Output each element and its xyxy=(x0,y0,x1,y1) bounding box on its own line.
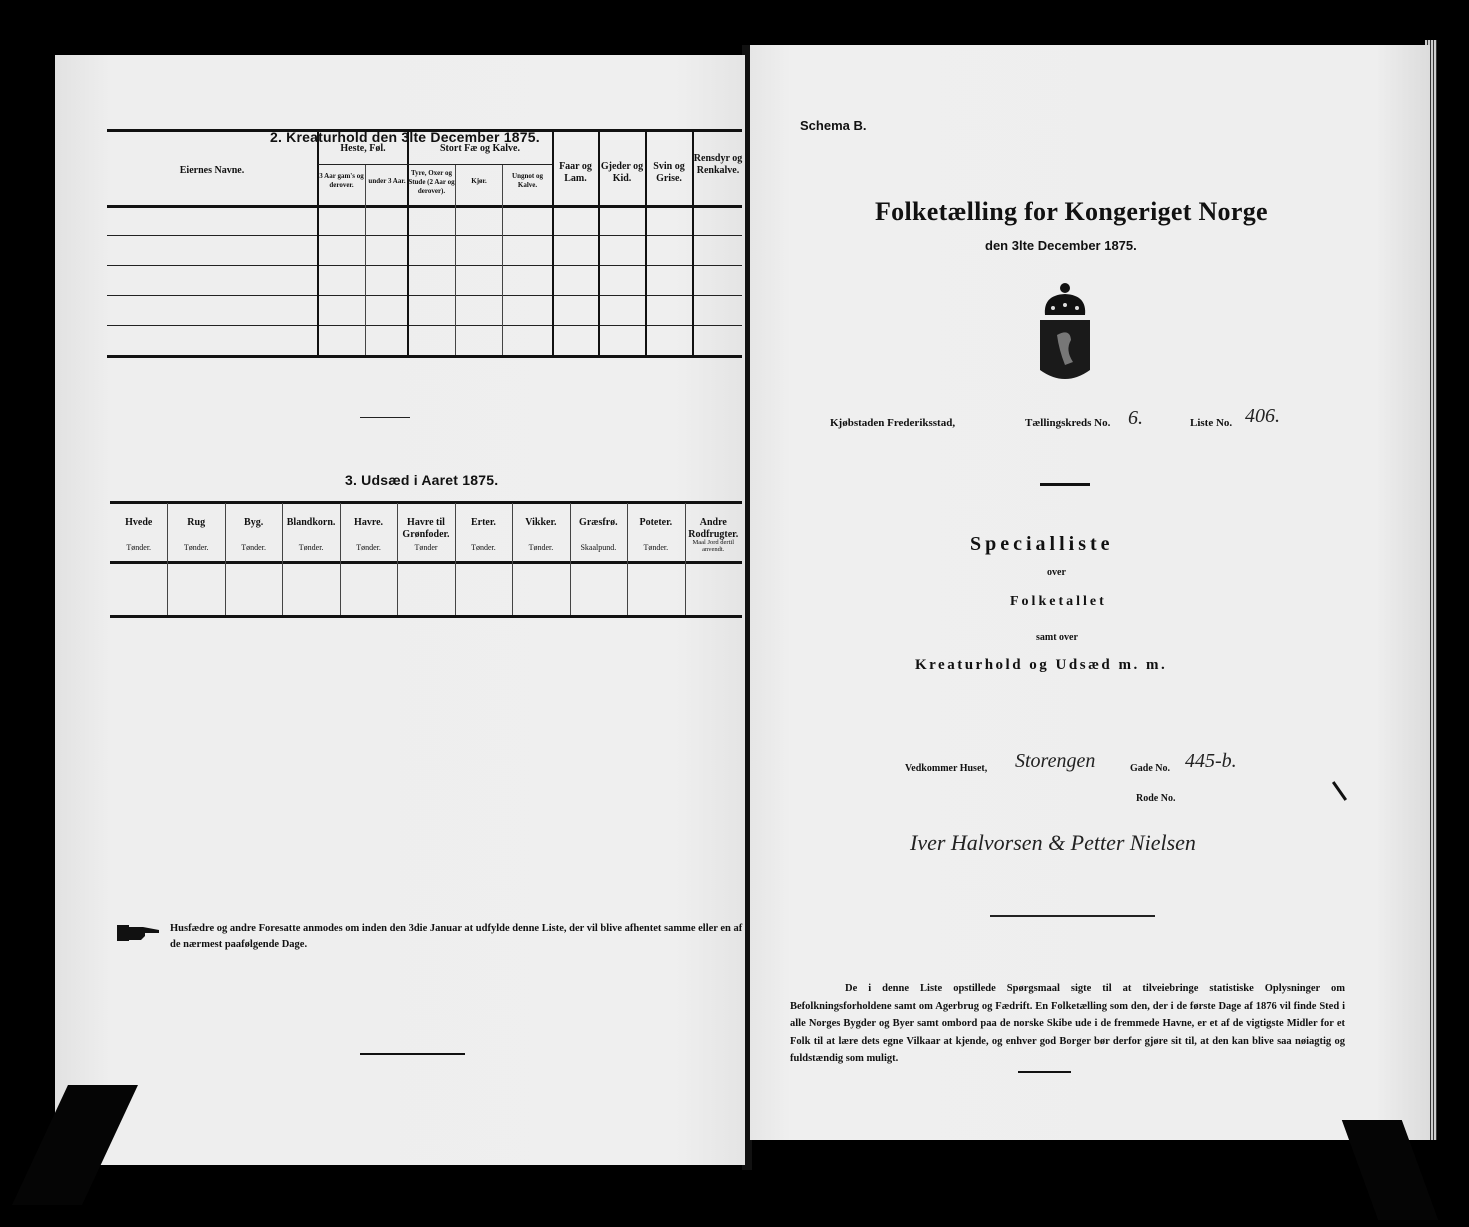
header-rensdyr: Rensdyr og Renkalve. xyxy=(693,153,743,177)
subheader: Ungnot og Kalve. xyxy=(503,172,552,190)
udsaed-unit: Maal Jord dertil anvendt. xyxy=(685,539,742,553)
document-title: Folketælling for Kongeriget Norge xyxy=(875,197,1268,227)
udsaed-header: Rug xyxy=(167,517,224,529)
divider xyxy=(1018,1071,1071,1073)
table-rule xyxy=(110,501,742,504)
document-date: den 3lte December 1875. xyxy=(985,238,1137,253)
table-rule xyxy=(110,615,742,618)
udsaed-header: Blandkorn. xyxy=(282,517,339,529)
town-label: Kjøbstaden Frederiksstad, xyxy=(830,417,955,429)
subheader: 3 Aar gam's og derover. xyxy=(318,172,365,190)
udsaed-header: Havre til Grønfoder. xyxy=(397,517,454,541)
col-divider xyxy=(365,165,366,355)
udsaed-header: Vikker. xyxy=(512,517,569,529)
pointing-hand-icon xyxy=(115,921,163,945)
header-faar: Faar og Lam. xyxy=(553,161,598,185)
divider xyxy=(1040,483,1090,486)
subheader: Tyre, Oxer og Stude (2 Aar og derover). xyxy=(408,169,455,196)
col-divider xyxy=(502,165,503,355)
subheader: under 3 Aar. xyxy=(366,177,408,186)
house-number: 445-b. xyxy=(1185,750,1237,773)
right-page: Schema B. Folketælling for Kongeriget No… xyxy=(750,45,1430,1140)
section3-title: 3. Udsæd i Aaret 1875. xyxy=(345,472,498,488)
owner-names: Iver Halvorsen & Petter Nielsen xyxy=(910,830,1196,856)
udsaed-unit: Tønder. xyxy=(512,543,569,552)
header-gjeder: Gjeder og Kid. xyxy=(599,161,645,185)
udsaed-unit: Tønder. xyxy=(282,543,339,552)
subheader: Kjør. xyxy=(456,177,502,186)
col-divider xyxy=(455,165,456,355)
left-page: 2. Kreaturhold den 3lte December 1875. E… xyxy=(55,55,745,1165)
stroke-mark xyxy=(1332,781,1347,801)
udsaed-header: Poteter. xyxy=(627,517,684,529)
udsaed-unit: Tønder. xyxy=(225,543,282,552)
udsaed-header: Hvede xyxy=(110,517,167,529)
coat-of-arms-icon xyxy=(1035,280,1095,385)
udsaed-header: Havre. xyxy=(340,517,397,529)
samt-over-text: samt over xyxy=(1036,632,1078,643)
kreaturhold-heading: Kreaturhold og Udsæd m. m. xyxy=(915,657,1167,674)
schema-label: Schema B. xyxy=(800,118,866,133)
list-value: 406. xyxy=(1245,405,1280,428)
folketallet-heading: Folketallet xyxy=(1010,594,1107,610)
header-stort-fae: Stort Fæ og Kalve. xyxy=(408,143,552,155)
udsaed-unit: Tønder. xyxy=(455,543,512,552)
list-label: Liste No. xyxy=(1190,417,1232,429)
over-text: over xyxy=(1047,567,1066,578)
udsaed-header: Byg. xyxy=(225,517,282,529)
divider xyxy=(360,417,410,418)
district-value: 6. xyxy=(1128,407,1143,430)
rode-label: Rode No. xyxy=(1136,793,1175,804)
udsaed-unit: Tønder. xyxy=(627,543,684,552)
udsaed-header: Græsfrø. xyxy=(570,517,627,529)
udsaed-header: Erter. xyxy=(455,517,512,529)
header-svin: Svin og Grise. xyxy=(646,161,692,185)
street-value: Storengen xyxy=(1015,750,1095,773)
udsaed-header: Andre Rodfrugter. xyxy=(685,517,742,541)
table-rule xyxy=(110,561,742,564)
group-rule xyxy=(408,164,552,165)
notice-text: Husfædre og andre Foresatte anmodes om i… xyxy=(170,921,745,953)
specialliste-heading: Specialliste xyxy=(970,533,1114,556)
gade-label: Gade No. xyxy=(1130,763,1170,774)
udsaed-unit: Tønder. xyxy=(110,543,167,552)
header-owner: Eiernes Navne. xyxy=(107,165,317,177)
district-label: Tællingskreds No. xyxy=(1025,417,1110,429)
explanatory-paragraph: De i denne Liste opstillede Spørgsmaal s… xyxy=(790,980,1345,1068)
udsaed-unit: Skaalpund. xyxy=(570,543,627,552)
udsaed-unit: Tønder. xyxy=(167,543,224,552)
header-heste: Heste, Føl. xyxy=(318,143,408,155)
udsaed-unit: Tønder. xyxy=(340,543,397,552)
divider xyxy=(360,1053,465,1055)
divider xyxy=(990,915,1155,917)
udsaed-unit: Tønder xyxy=(397,543,454,552)
group-rule xyxy=(318,164,408,165)
house-label: Vedkommer Huset, xyxy=(905,763,987,774)
